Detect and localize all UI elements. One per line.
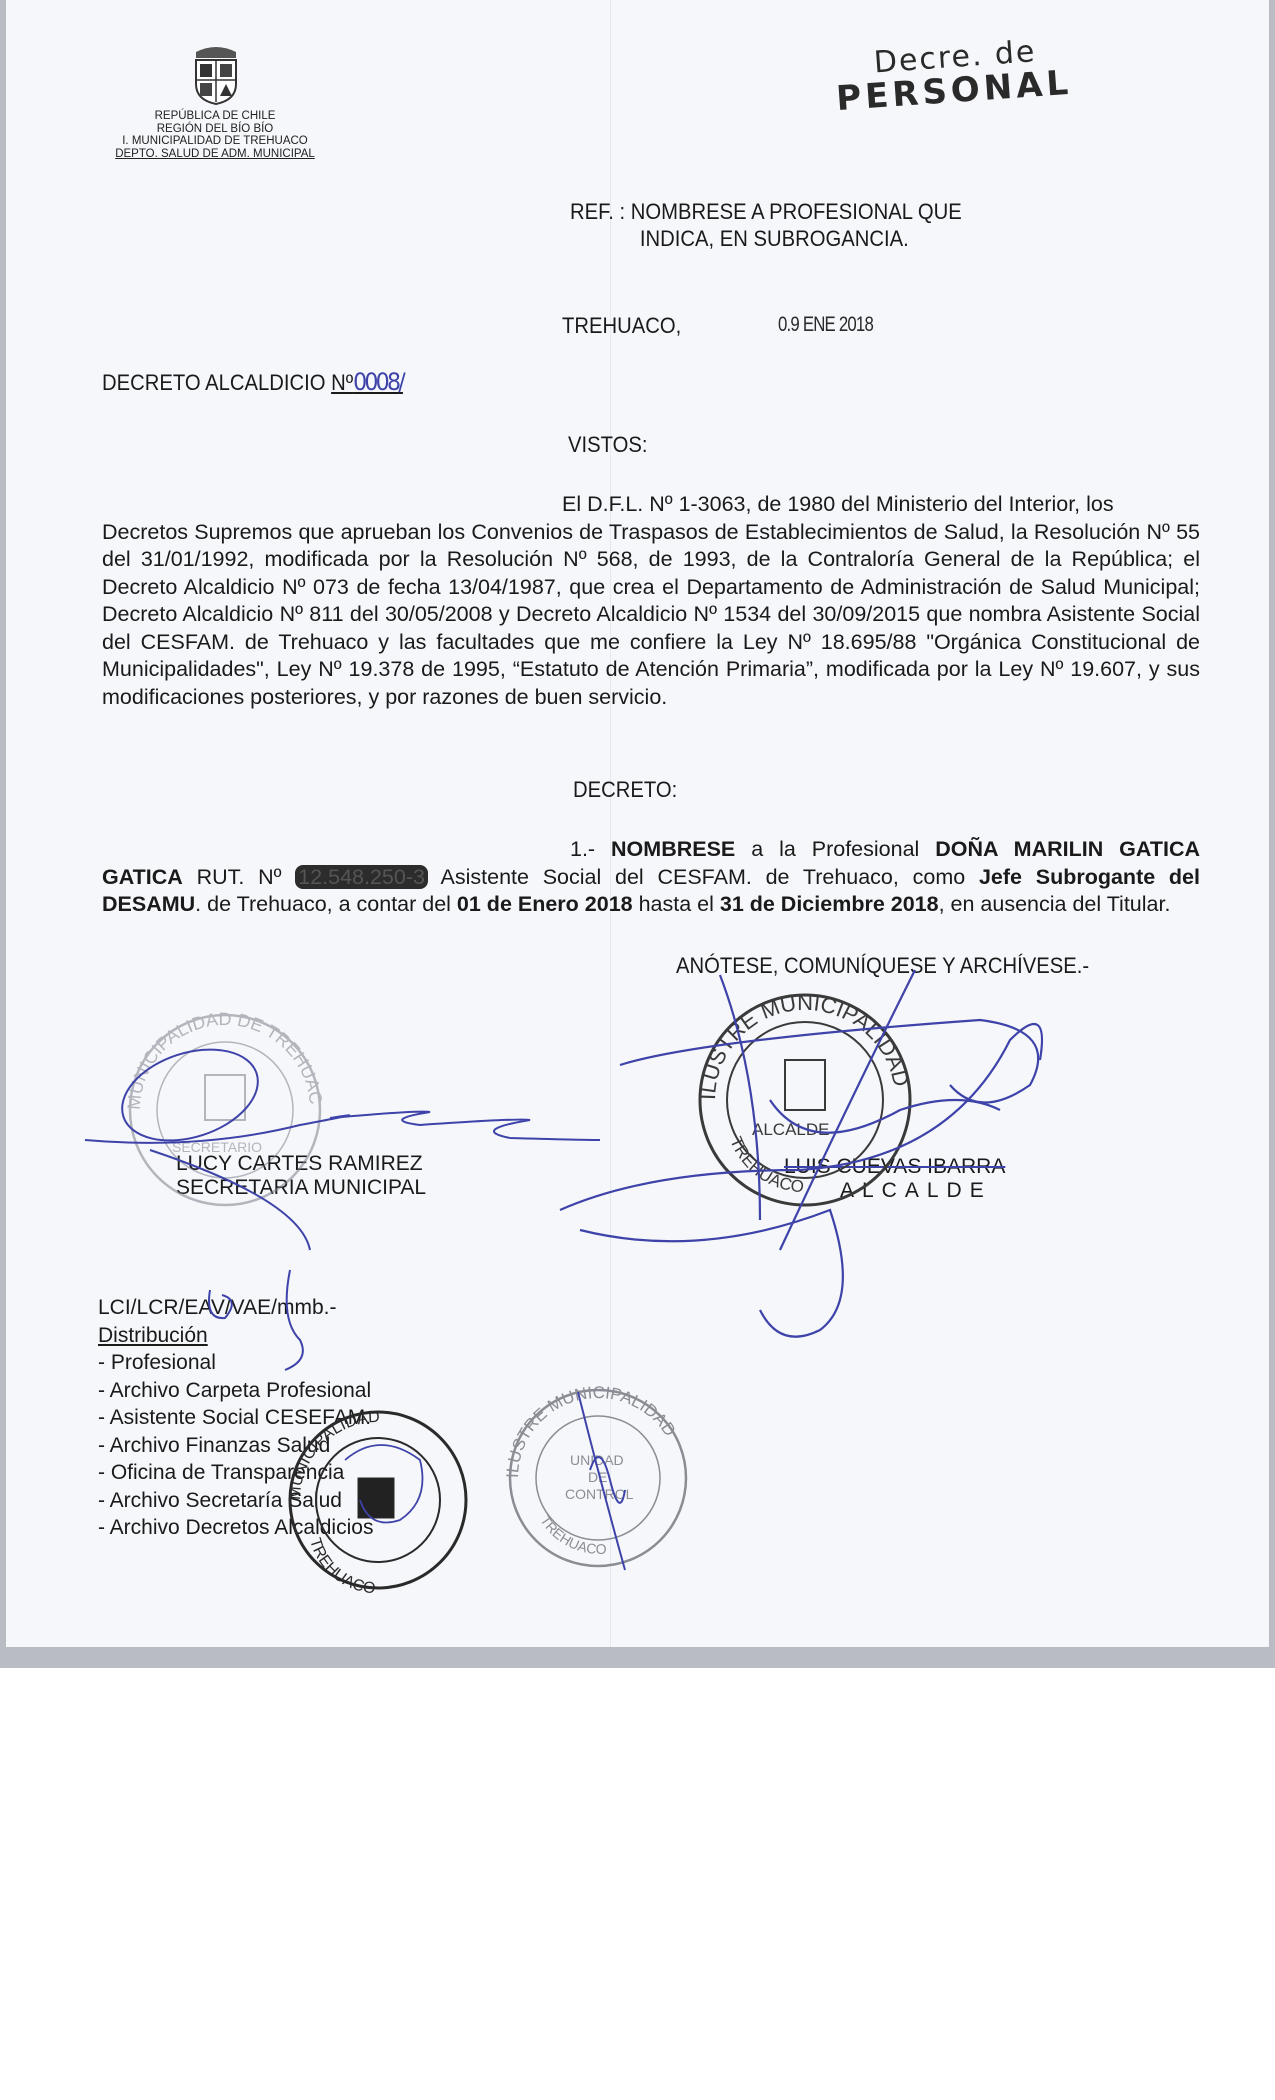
reference-block: REF. : NOMBRESE A PROFESIONAL QUE INDICA… [570, 198, 962, 252]
handwritten-decree-number: 0008/ [353, 368, 403, 396]
reference-line-1: REF. : NOMBRESE A PROFESIONAL QUE [570, 198, 962, 225]
date-stamp: 0.9 ENE 2018 [778, 313, 873, 337]
distribution-heading: Distribución [98, 1322, 373, 1350]
vistos-first-line: El D.F.L. Nº 1-3063, de 1980 del Ministe… [102, 491, 1200, 519]
secretary-title: SECRETARIA MUNICIPAL [176, 1176, 426, 1200]
header-line-country: REPÚBLICA DE CHILE [90, 110, 340, 123]
resolution-text: a la Profesional [735, 837, 935, 861]
vistos-heading: VISTOS: [568, 432, 647, 458]
mayor-title: ALCALDE [784, 1179, 1005, 1203]
redacted-rut: 12.548.250-3 [295, 865, 428, 889]
header-line-region: REGIÓN DEL BÍO BÍO [90, 123, 340, 136]
resolution-text: . de Trehuaco, a contar del [195, 892, 457, 916]
resolution-number: 1.- [570, 837, 611, 861]
institution-header: REPÚBLICA DE CHILE REGIÓN DEL BÍO BÍO I.… [90, 110, 340, 160]
resolution-paragraph: 1.- NOMBRESE a la Profesional DOÑA MARIL… [102, 836, 1200, 919]
distribution-item: - Archivo Secretaría Salud [98, 1487, 373, 1515]
decree-number-label: DECRETO ALCALDICIO [102, 370, 331, 395]
distribution-block: LCI/LCR/EAV/VAE/mmb.- Distribución - Pro… [98, 1294, 373, 1542]
resolution-text: , en ausencia del Titular. [939, 892, 1171, 916]
end-date: 31 de Diciembre 2018 [720, 892, 939, 916]
reference-line-2: INDICA, EN SUBROGANCIA. [570, 225, 962, 252]
decree-number: DECRETO ALCALDICIO Nº0008/ [102, 368, 403, 396]
rut-label: RUT. Nº [183, 865, 295, 889]
distribution-item: - Oficina de Transparencia [98, 1459, 373, 1487]
mayor-name: LUIS CUEVAS IBARRA [784, 1155, 1005, 1179]
resolution-verb: NOMBRESE [611, 837, 735, 861]
distribution-item: - Archivo Decretos Alcaldicios [98, 1514, 373, 1542]
start-date: 01 de Enero 2018 [457, 892, 633, 916]
initials: LCI/LCR/EAV/VAE/mmb.- [98, 1294, 373, 1322]
distribution-item: - Asistente Social CESEFAM. [98, 1404, 373, 1432]
closing-formula: ANÓTESE, COMUNÍQUESE Y ARCHÍVESE.- [676, 953, 1089, 979]
number-sign: Nº [331, 370, 353, 395]
resolution-text: Asistente Social del CESFAM. de Trehuaco… [428, 865, 979, 889]
vistos-paragraph: Decretos Supremos que aprueban los Conve… [102, 519, 1200, 712]
decreto-heading: DECRETO: [573, 777, 677, 803]
place-label: TREHUACO, [562, 313, 681, 339]
mayor-signature-block: LUIS CUEVAS IBARRA ALCALDE [784, 1155, 1005, 1203]
distribution-item: - Profesional [98, 1349, 373, 1377]
distribution-item: - Archivo Finanzas Salud [98, 1432, 373, 1460]
distribution-item: - Archivo Carpeta Profesional [98, 1377, 373, 1405]
header-line-municipality: I. MUNICIPALIDAD DE TREHUACO [90, 135, 340, 148]
coat-of-arms-icon [188, 44, 244, 106]
resolution-text: hasta el [633, 892, 720, 916]
vistos-body: El D.F.L. Nº 1-3063, de 1980 del Ministe… [102, 491, 1200, 711]
secretary-signature-block: LUCY CARTES RAMIREZ SECRETARIA MUNICIPAL [176, 1152, 426, 1200]
secretary-name: LUCY CARTES RAMIREZ [176, 1152, 426, 1176]
header-line-department: DEPTO. SALUD DE ADM. MUNICIPAL [90, 148, 340, 161]
